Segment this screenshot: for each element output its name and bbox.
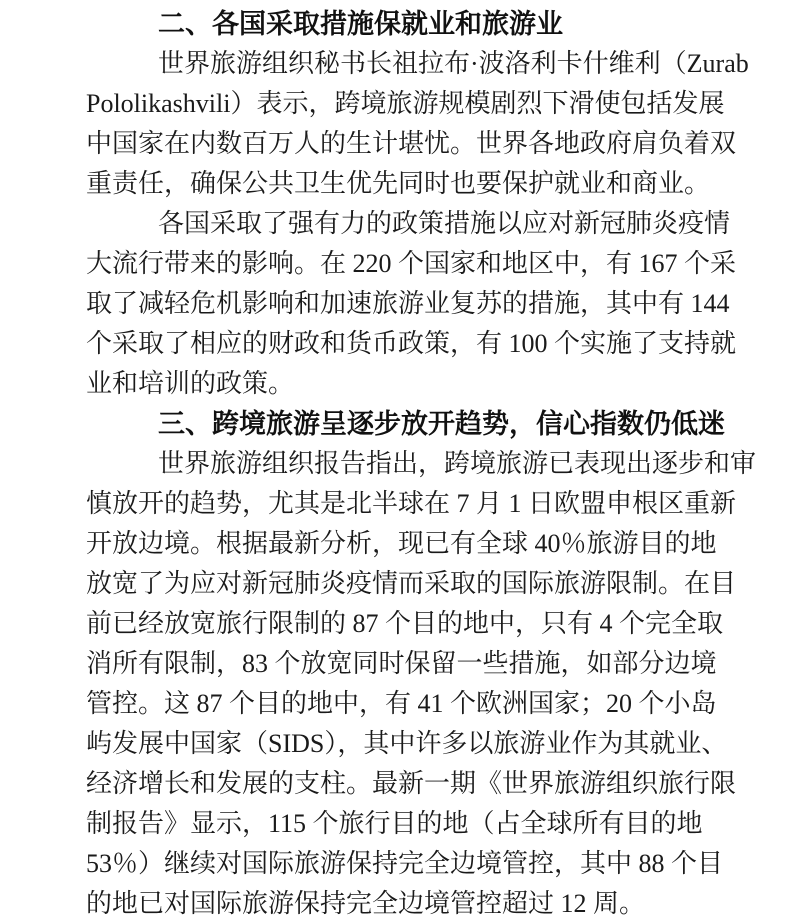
body-text-line: 开放边境。根据最新分析，现已有全球 40％旅游目的地 [86, 524, 674, 564]
body-text-line: 管控。这 87 个目的地中，有 41 个欧洲国家；20 个小岛 [86, 684, 674, 724]
body-text-line: 经济增长和发展的支柱。最新一期《世界旅游组织旅行限 [86, 764, 674, 804]
body-text-line: 消所有限制，83 个放宽同时保留一些措施，如部分边境 [86, 644, 674, 684]
body-text-line: Pololikashvili）表示，跨境旅游规模剧烈下滑使包括发展 [86, 84, 674, 124]
body-text-line: 中国家在内数百万人的生计堪忧。世界各地政府肩负着双 [86, 124, 674, 164]
body-text-line: 制报告》显示，115 个旅行目的地（占全球所有目的地 [86, 804, 674, 844]
document-body: 二、各国采取措施保就业和旅游业世界旅游组织秘书长祖拉布·波洛利卡什维利（Zura… [86, 4, 674, 919]
section-heading: 三、跨境旅游呈逐步放开趋势，信心指数仍低迷 [86, 404, 674, 444]
body-text-line: 世界旅游组织报告指出，跨境旅游已表现出逐步和审 [86, 444, 674, 484]
body-text-line: 各国采取了强有力的政策措施以应对新冠肺炎疫情 [86, 204, 674, 244]
body-text-line: 的地已对国际旅游保持完全边境管控超过 12 周。 [86, 884, 674, 919]
body-text-line: 屿发展中国家（SIDS），其中许多以旅游业作为其就业、 [86, 724, 674, 764]
body-text-line: 前已经放宽旅行限制的 87 个目的地中，只有 4 个完全取 [86, 604, 674, 644]
body-text-line: 世界旅游组织秘书长祖拉布·波洛利卡什维利（Zurab [86, 44, 674, 84]
body-text-line: 53％）继续对国际旅游保持完全边境管控，其中 88 个目 [86, 844, 674, 884]
body-text-line: 大流行带来的影响。在 220 个国家和地区中，有 167 个采 [86, 244, 674, 284]
body-text-line: 重责任，确保公共卫生优先同时也要保护就业和商业。 [86, 164, 674, 204]
body-text-line: 个采取了相应的财政和货币政策，有 100 个实施了支持就 [86, 324, 674, 364]
body-text-line: 放宽了为应对新冠肺炎疫情而采取的国际旅游限制。在目 [86, 564, 674, 604]
section-heading: 二、各国采取措施保就业和旅游业 [86, 4, 674, 44]
document-page: 二、各国采取措施保就业和旅游业世界旅游组织秘书长祖拉布·波洛利卡什维利（Zura… [0, 0, 787, 919]
body-text-line: 取了减轻危机影响和加速旅游业复苏的措施，其中有 144 [86, 284, 674, 324]
body-text-line: 业和培训的政策。 [86, 364, 674, 404]
body-text-line: 慎放开的趋势，尤其是北半球在 7 月 1 日欧盟申根区重新 [86, 484, 674, 524]
